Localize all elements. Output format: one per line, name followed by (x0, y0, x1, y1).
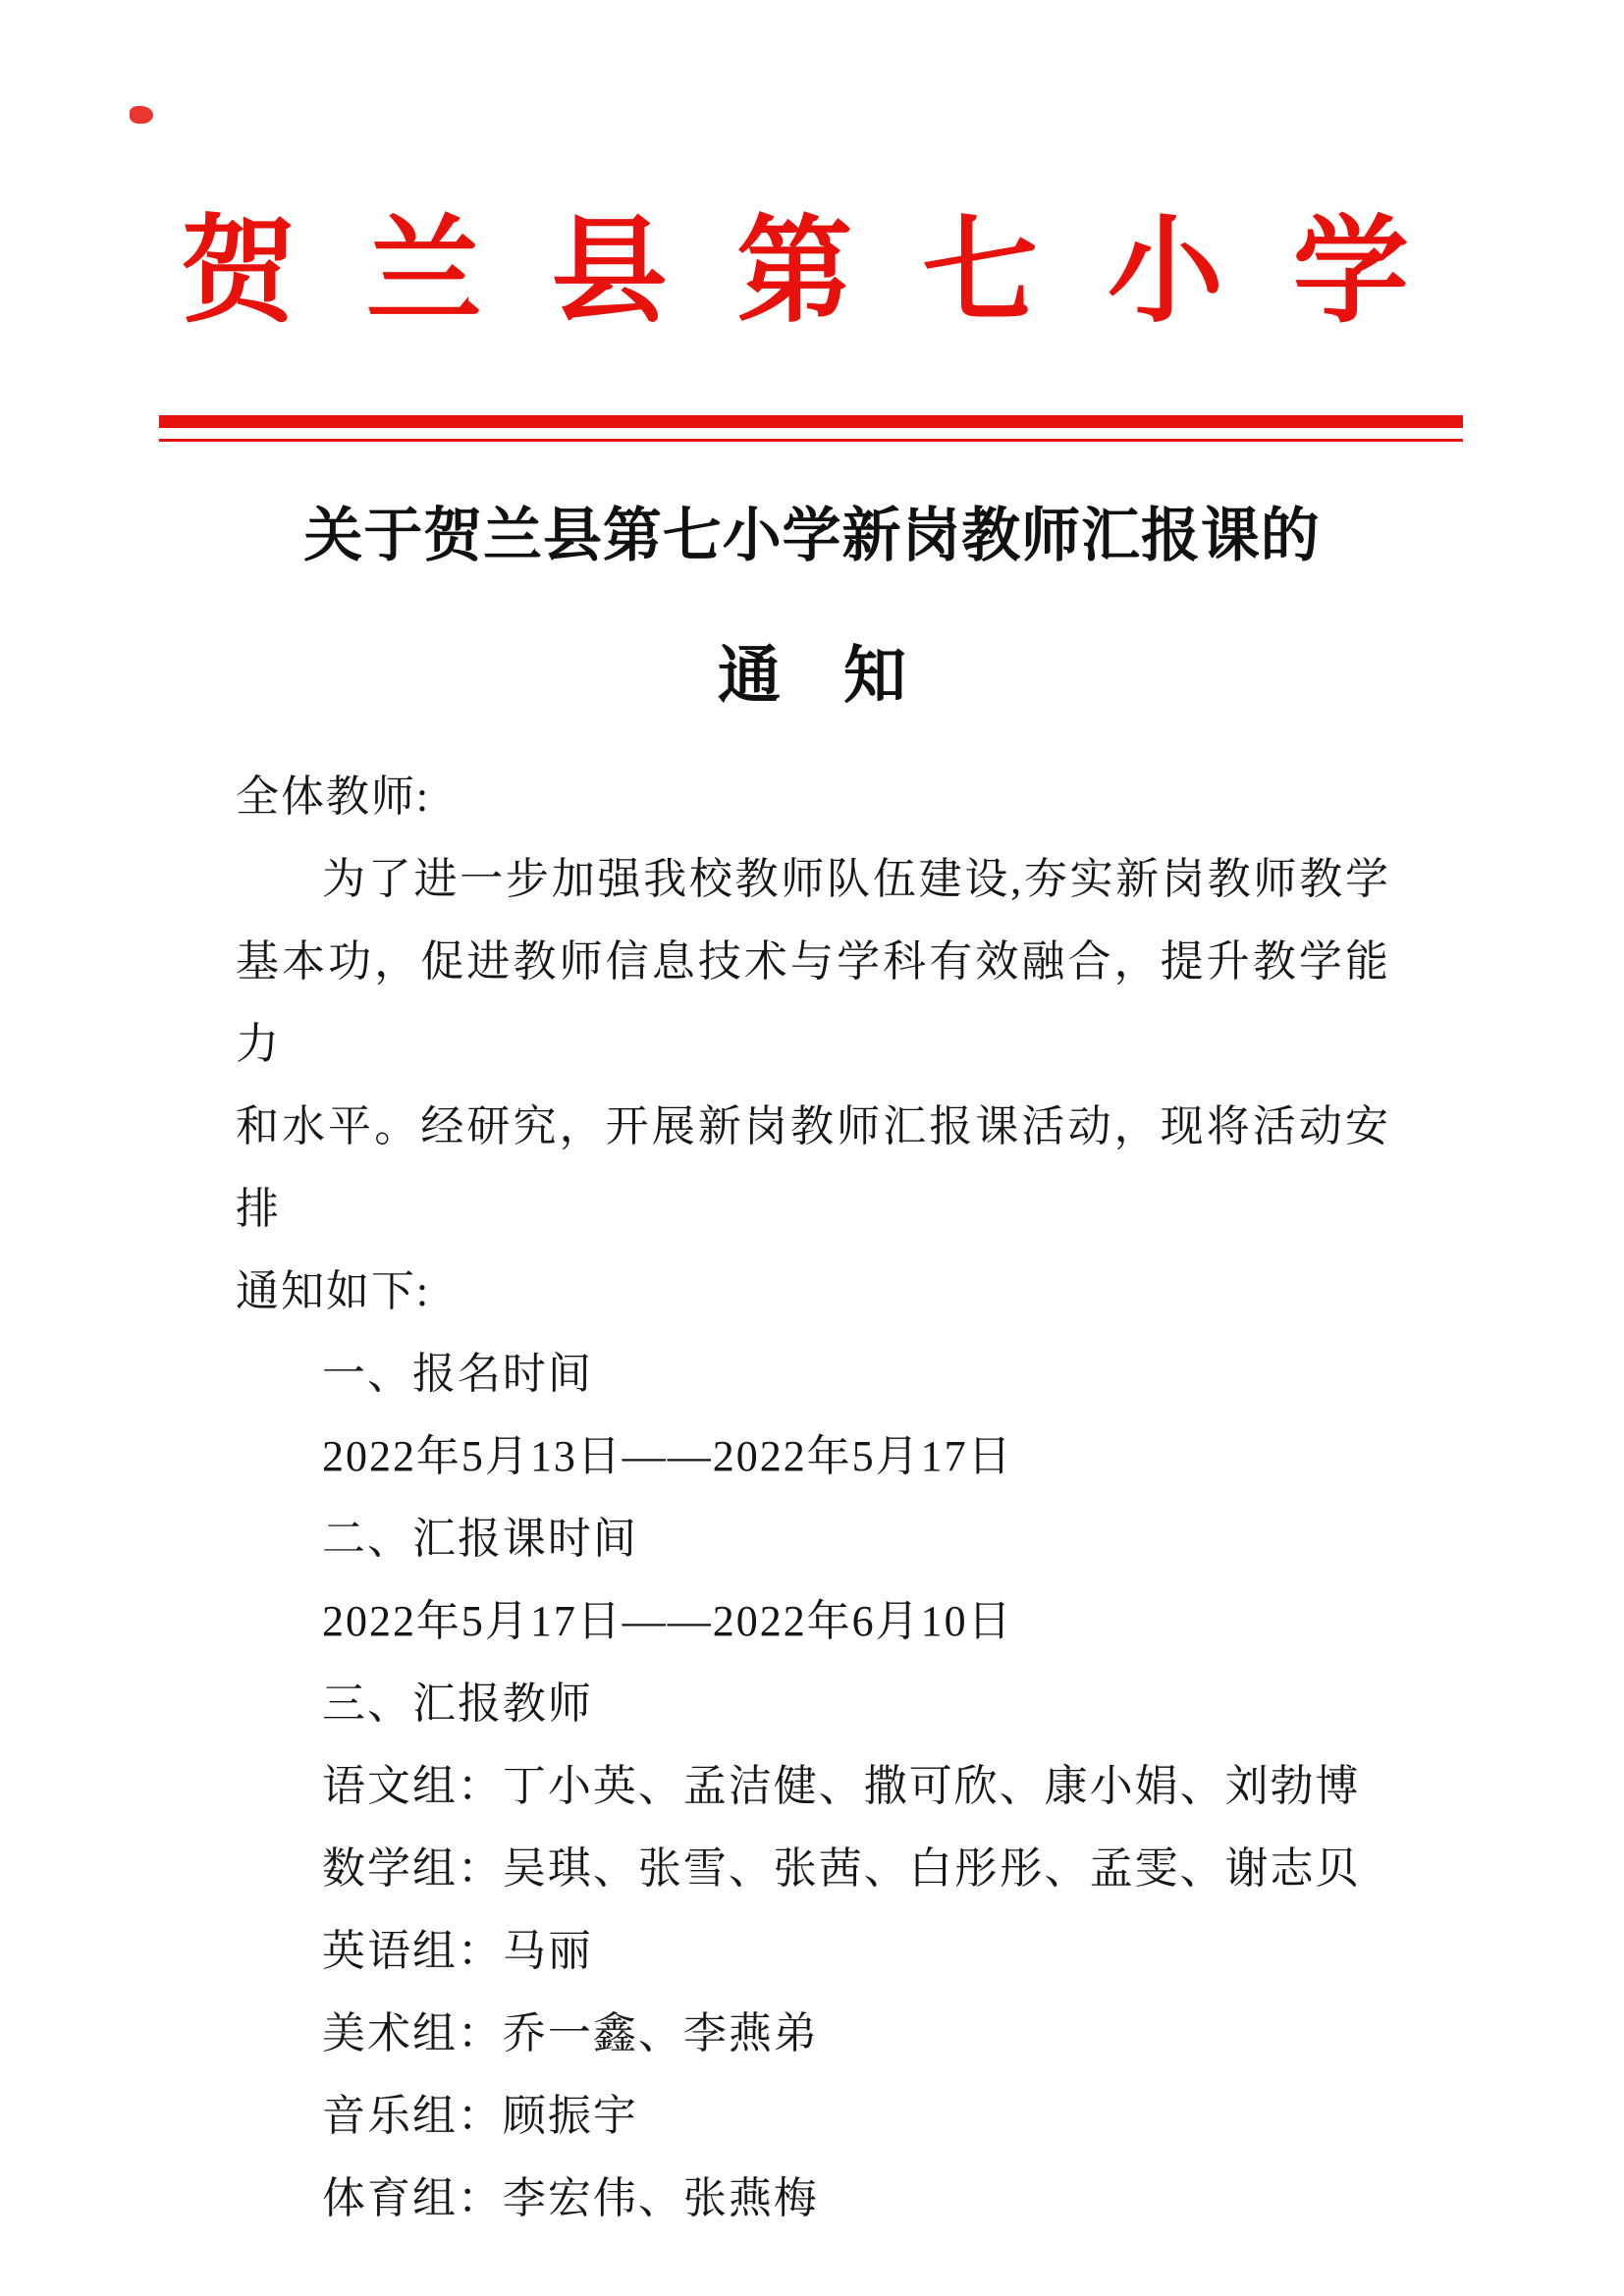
signup-date-range: 2022年5月13日——2022年5月17日 (236, 1415, 1390, 1498)
english-group-line: 英语组：马丽 (236, 1910, 1390, 1993)
letterhead-school-name: 贺兰县第七小学 (0, 201, 1624, 344)
section-1-heading: 一、报名时间 (236, 1333, 1390, 1415)
section-3-heading: 三、汇报教师 (236, 1663, 1390, 1745)
report-date-range: 2022年5月17日——2022年6月10日 (236, 1580, 1390, 1663)
notice-body: 全体教师: 为了进一步加强我校教师队伍建设,夯实新岗教师教学 基本功，促进教师信… (236, 756, 1390, 2240)
math-group-line: 数学组：吴琪、张雪、张茜、白彤彤、孟雯、谢志贝 (236, 1828, 1390, 1910)
art-group-line: 美术组：乔一鑫、李燕弟 (236, 1993, 1390, 2075)
salutation-line: 全体教师: (236, 756, 1390, 838)
music-group-line: 音乐组：顾振宇 (236, 2075, 1390, 2158)
red-divider-thick (159, 415, 1463, 428)
pe-group-line: 体育组：李宏伟、张燕梅 (236, 2158, 1390, 2240)
paragraph-line-1: 为了进一步加强我校教师队伍建设,夯实新岗教师教学 (236, 838, 1390, 921)
paragraph-line-4: 通知如下: (236, 1251, 1390, 1333)
notice-page: 贺兰县第七小学 关于贺兰县第七小学新岗教师汇报课的 通 知 全体教师: 为了进一… (0, 0, 1624, 2296)
paragraph-line-2: 基本功，促进教师信息技术与学科有效融合，提升教学能力 (236, 921, 1390, 1086)
chinese-group-line: 语文组：丁小英、孟洁健、撒可欣、康小娟、刘勃博 (236, 1745, 1390, 1828)
red-divider-thin (159, 439, 1463, 442)
scan-artifact (130, 106, 153, 124)
notice-title-line2: 通 知 (0, 636, 1624, 717)
section-2-heading: 二、汇报课时间 (236, 1498, 1390, 1580)
paragraph-line-3: 和水平。经研究，开展新岗教师汇报课活动，现将活动安排 (236, 1086, 1390, 1251)
notice-title-line1: 关于贺兰县第七小学新岗教师汇报课的 (0, 499, 1624, 573)
